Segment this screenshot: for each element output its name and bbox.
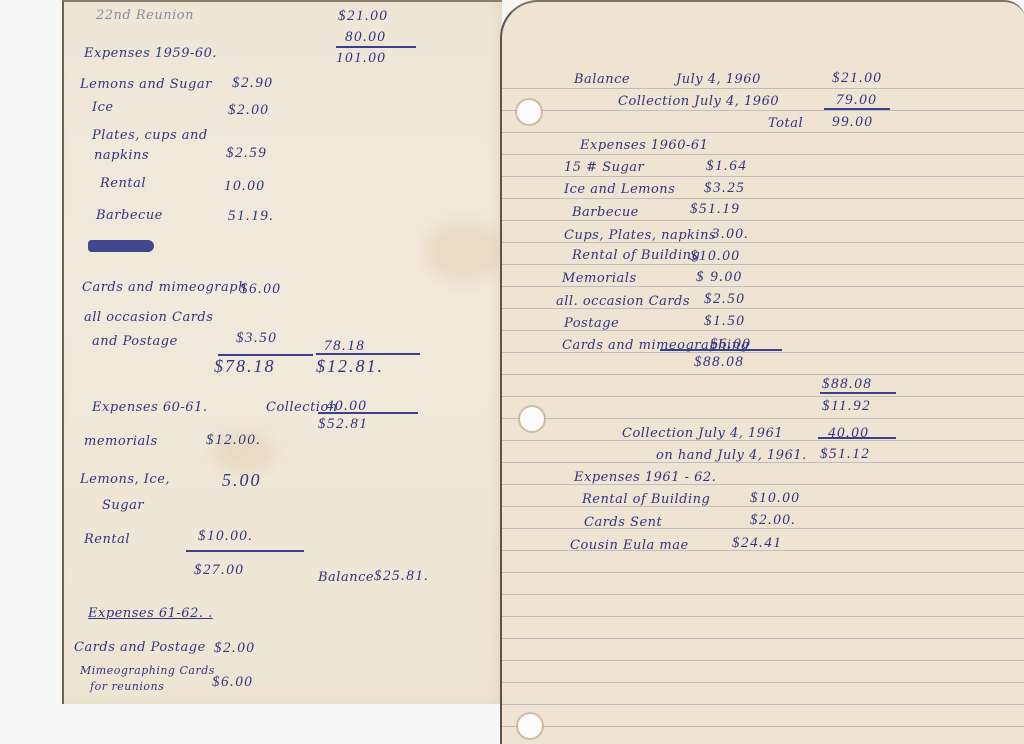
item-amount: $2.00 [228, 102, 269, 119]
left-ledger-page [62, 0, 502, 704]
total-label: Total [768, 116, 803, 131]
expense-label: Ice and Lemons [564, 182, 675, 197]
expense-amount: $1.50 [704, 313, 745, 330]
expense-label: all. occasion Cards [556, 294, 690, 309]
item-amount: 51.19. [228, 208, 275, 225]
item-label-cont: and Postage [92, 334, 178, 349]
sum-rule [336, 46, 416, 48]
item-amount: $10.00. [198, 528, 254, 545]
subtraction-result: $12.81. [316, 356, 384, 377]
item-amount: $2.90 [232, 75, 273, 92]
collection-1960-amount: 79.00 [836, 92, 877, 109]
sum-rule [820, 392, 896, 394]
item-label: Cards and Postage [74, 640, 206, 655]
expense-label: Cousin Eula mae [570, 538, 689, 553]
total-1959: $78.18 [214, 356, 276, 377]
item-label-cont: Sugar [102, 498, 144, 513]
item-label: Rental [100, 176, 146, 191]
expense-amount: 3.00. [712, 226, 750, 243]
item-label: Barbecue [96, 208, 163, 223]
binder-hole [518, 714, 542, 738]
item-label: Ice [92, 100, 114, 115]
expense-label: Memorials [562, 271, 637, 286]
collection-1961-label: Collection July 4, 1961 [622, 426, 783, 441]
heading-expenses-1960-61: Expenses 1960-61 [580, 138, 708, 153]
sum-rule [186, 550, 304, 552]
item-label: Plates, cups and [92, 128, 208, 143]
carry-amount-b: 80.00 [345, 29, 386, 46]
balance-amount: $25.81. [374, 568, 430, 585]
sum-rule [316, 353, 420, 355]
item-label: all occasion Cards [84, 310, 213, 325]
expense-amount: $ 9.00 [696, 269, 743, 286]
balance-amount: $21.00 [832, 70, 882, 87]
sum-rule [818, 437, 896, 439]
sum-rule [824, 108, 890, 110]
collection-1961-amount: 40.00 [828, 425, 869, 442]
sum-rule [318, 412, 418, 414]
expense-amount: $2.00. [750, 512, 797, 529]
on-hand-amount: $51.12 [820, 446, 870, 463]
heading-expenses-60-61: Expenses 60-61. [92, 400, 208, 415]
sum-rule [660, 349, 782, 351]
expense-amount: $51.19 [690, 201, 740, 218]
expense-label: Rental of Building [572, 248, 700, 263]
subtraction-result: $11.92 [822, 398, 871, 415]
expense-amount: $10.00 [750, 490, 800, 507]
reunion-title: 22nd Reunion [96, 8, 194, 23]
item-label: Cards and mimeograph [82, 280, 247, 295]
item-amount: 10.00 [224, 178, 265, 195]
item-amount: $2.59 [226, 145, 267, 162]
item-amount: $6.00 [240, 281, 281, 298]
heading-expenses-1959: Expenses 1959-60. [84, 46, 217, 61]
balance-label: Balance [574, 72, 630, 87]
expense-label: Postage [564, 316, 619, 331]
expense-label: Barbecue [572, 205, 639, 220]
expense-label: Cups, Plates, napkins [564, 228, 716, 243]
right-ledger-page [500, 0, 1024, 744]
binder-hole [520, 407, 544, 431]
expense-amount: $2.50 [704, 291, 745, 308]
item-label: memorials [84, 434, 158, 449]
expense-label: Cards Sent [584, 515, 662, 530]
expense-amount: $10.00 [690, 248, 740, 265]
item-amount: $6.00 [212, 674, 253, 691]
paper-stain [424, 222, 504, 282]
item-label: Rental [84, 532, 130, 547]
collection-total: $52.81 [318, 416, 368, 433]
expense-amount: $24.41 [732, 535, 782, 552]
item-amount: $12.00. [206, 432, 262, 449]
item-label-cont: napkins [94, 148, 149, 163]
item-amount: 5.00 [222, 470, 262, 491]
item-label: Lemons and Sugar [80, 77, 212, 92]
heading-expenses-61-62: Expenses 61-62. . [88, 606, 213, 621]
expense-label: 15 # Sugar [564, 160, 644, 175]
balance-label: Balance [318, 570, 374, 585]
on-hand-label: on hand July 4, 1961. [656, 448, 807, 463]
expenses-1960-total: $88.08 [694, 354, 744, 371]
expense-label: Rental of Building [582, 492, 710, 507]
heading-expenses-1961-62: Expenses 1961 - 62. [574, 470, 716, 485]
item-label-cont: for reunions [90, 680, 164, 693]
expense-amount: $1.64 [706, 158, 747, 175]
item-label: Mimeographing Cards [80, 664, 215, 677]
carry-total: 101.00 [336, 50, 386, 67]
binder-hole [517, 100, 541, 124]
expense-amount: $3.25 [704, 180, 745, 197]
item-amount: $2.00 [214, 640, 255, 657]
subtraction-a: $88.08 [822, 376, 872, 393]
scribbled-out-text [88, 240, 154, 252]
item-amount: $3.50 [236, 330, 277, 347]
total-amount: 99.00 [832, 114, 873, 131]
collection-1960-label: Collection July 4, 1960 [618, 94, 779, 109]
total-60-61: $27.00 [194, 562, 244, 579]
carry-amount-a: $21.00 [338, 8, 388, 25]
balance-date: July 4, 1960 [676, 72, 761, 87]
item-label: Lemons, Ice, [80, 472, 170, 487]
